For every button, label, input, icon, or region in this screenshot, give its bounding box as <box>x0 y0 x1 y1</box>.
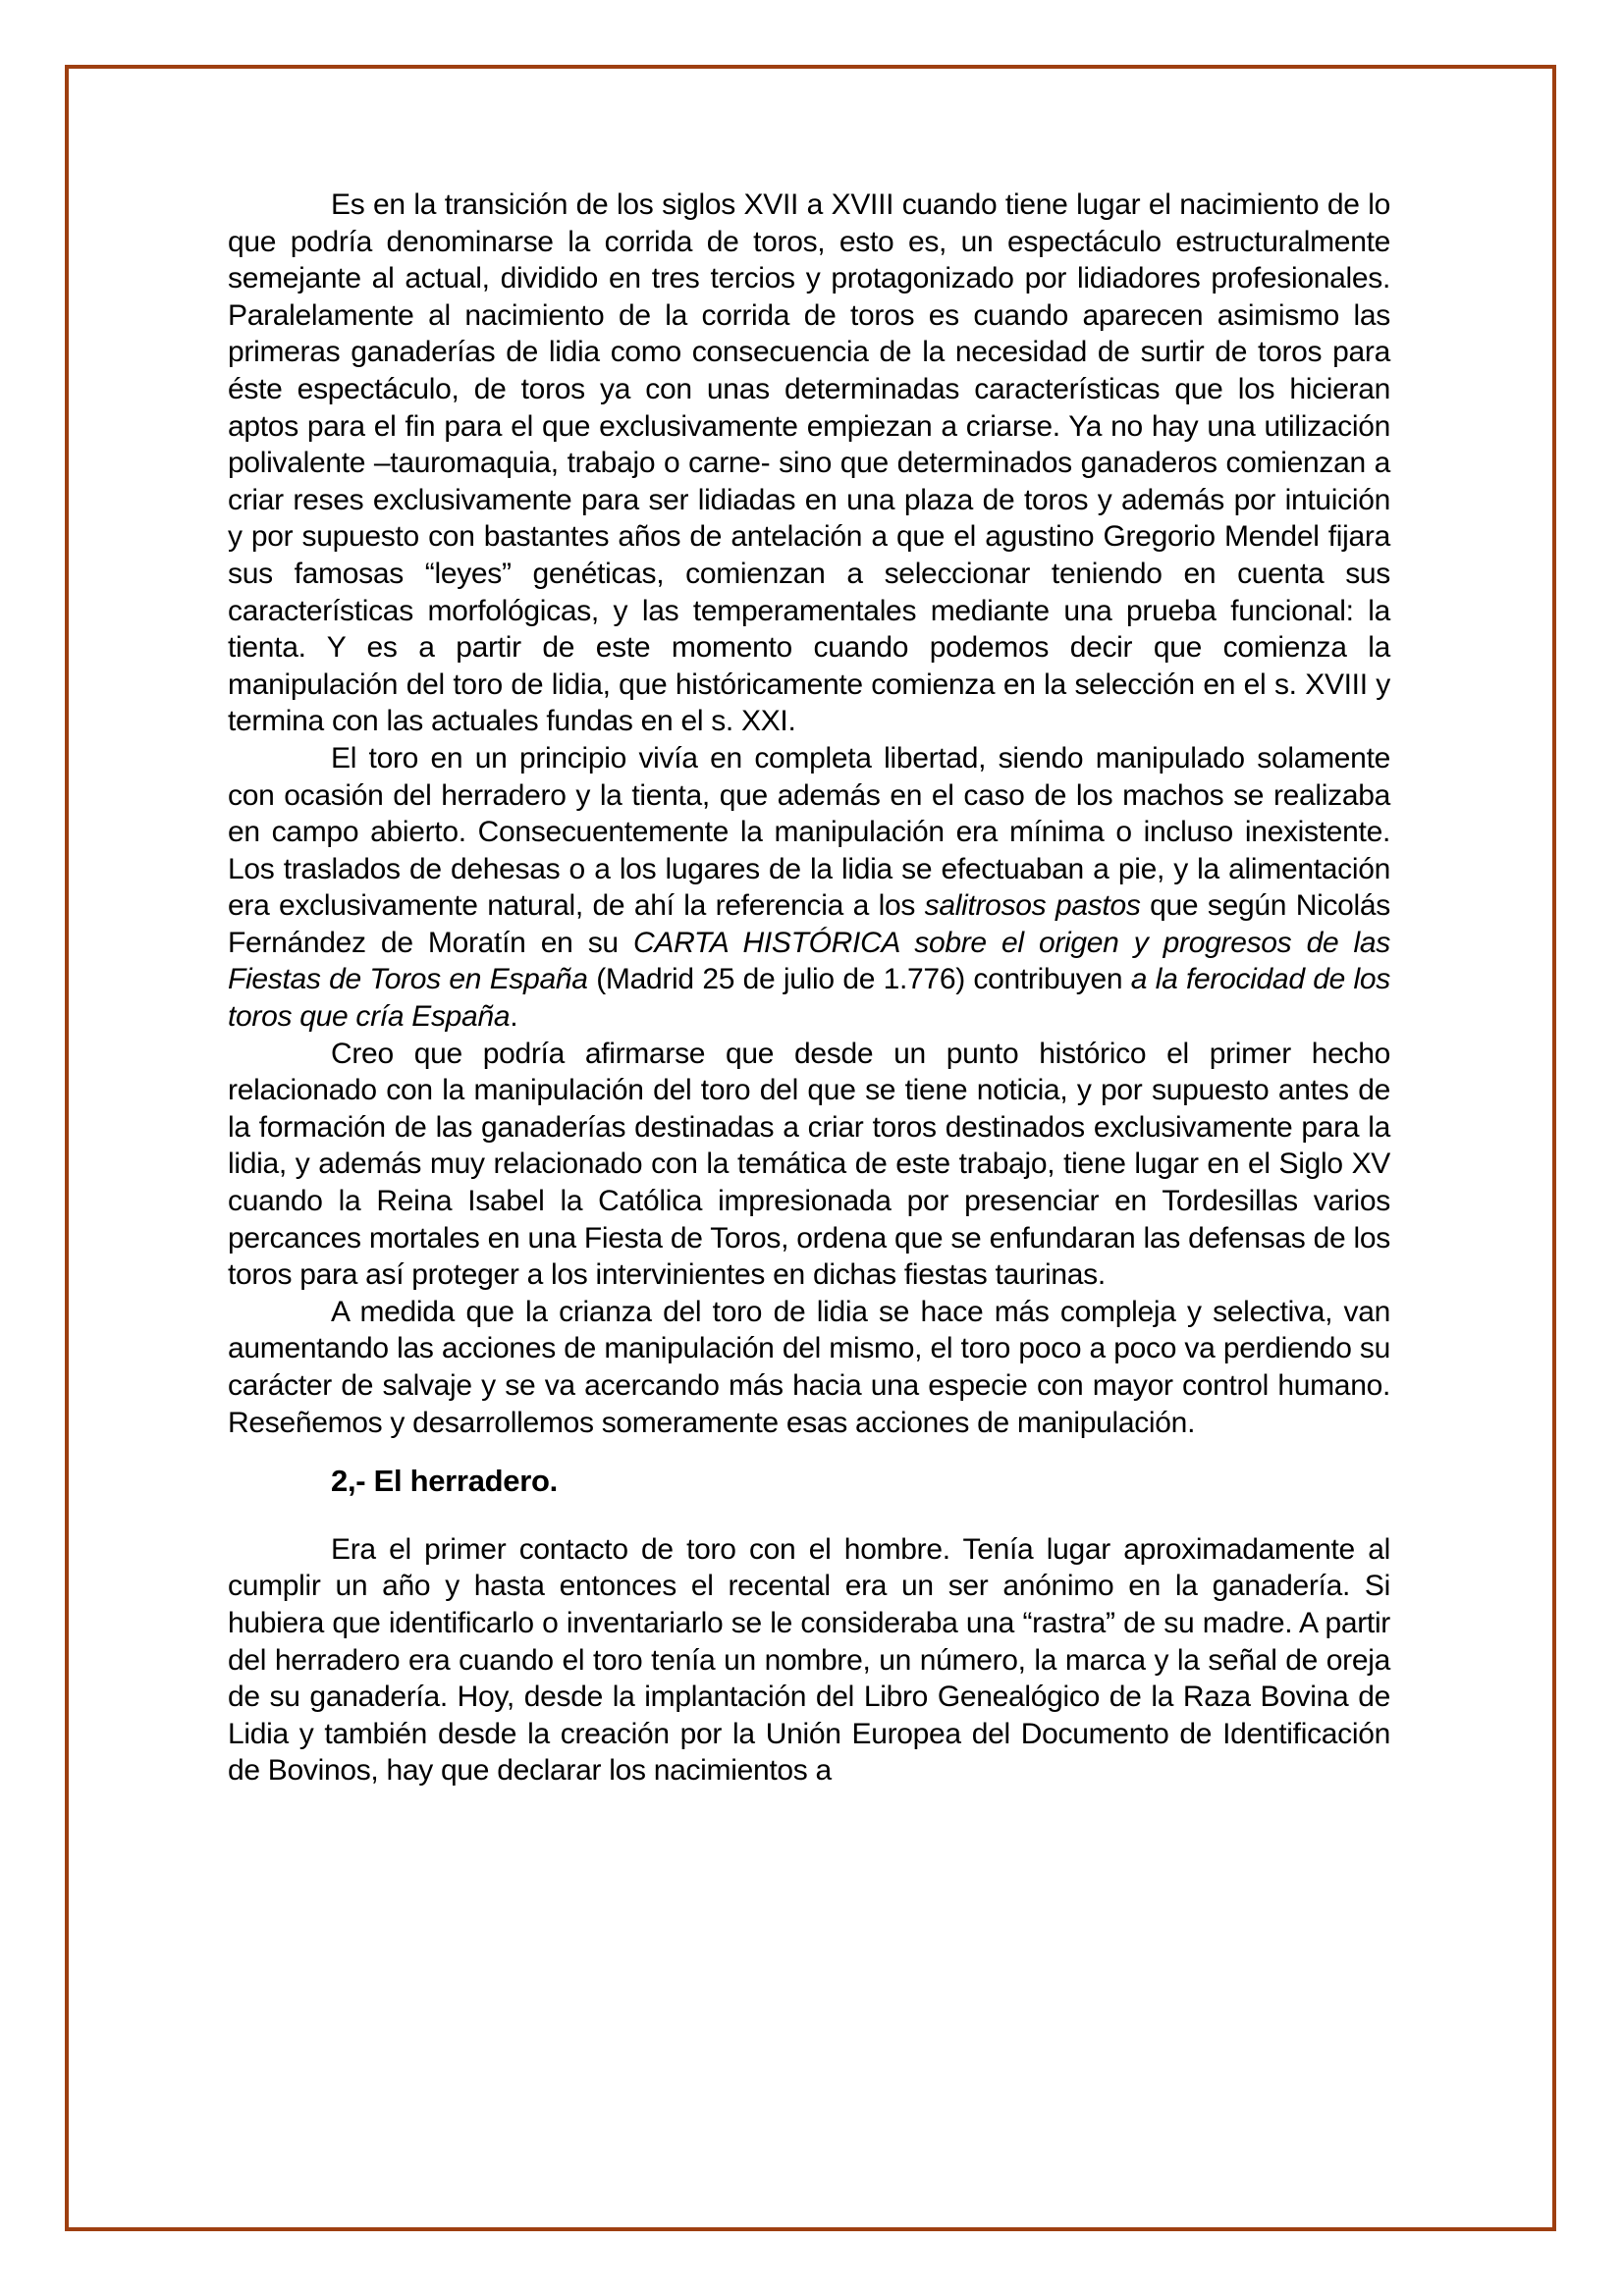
section-heading: 2,- El herradero. <box>228 1463 1390 1500</box>
text-run: Creo que podría afirmarse que desde un p… <box>228 1038 1390 1292</box>
text-run: 2,- El herradero. <box>331 1464 558 1498</box>
text-run: (Madrid 25 de julio de 1.776) contribuye… <box>588 963 1131 995</box>
paragraph: Era el primer contacto de toro con el ho… <box>228 1531 1390 1789</box>
paragraph: Creo que podría afirmarse que desde un p… <box>228 1036 1390 1294</box>
paragraph: Es en la transición de los siglos XVII a… <box>228 187 1390 740</box>
paragraph: A medida que la crianza del toro de lidi… <box>228 1294 1390 1441</box>
text-run: Era el primer contacto de toro con el ho… <box>228 1533 1390 1788</box>
document-content: Es en la transición de los siglos XVII a… <box>228 187 1390 1789</box>
text-run: salitrosos pastos <box>925 889 1141 922</box>
text-run: A medida que la crianza del toro de lidi… <box>228 1296 1390 1439</box>
paragraph: El toro en un principio vivía en complet… <box>228 740 1390 1036</box>
text-run: Es en la transición de los siglos XVII a… <box>228 188 1390 737</box>
text-run: . <box>510 1000 517 1033</box>
